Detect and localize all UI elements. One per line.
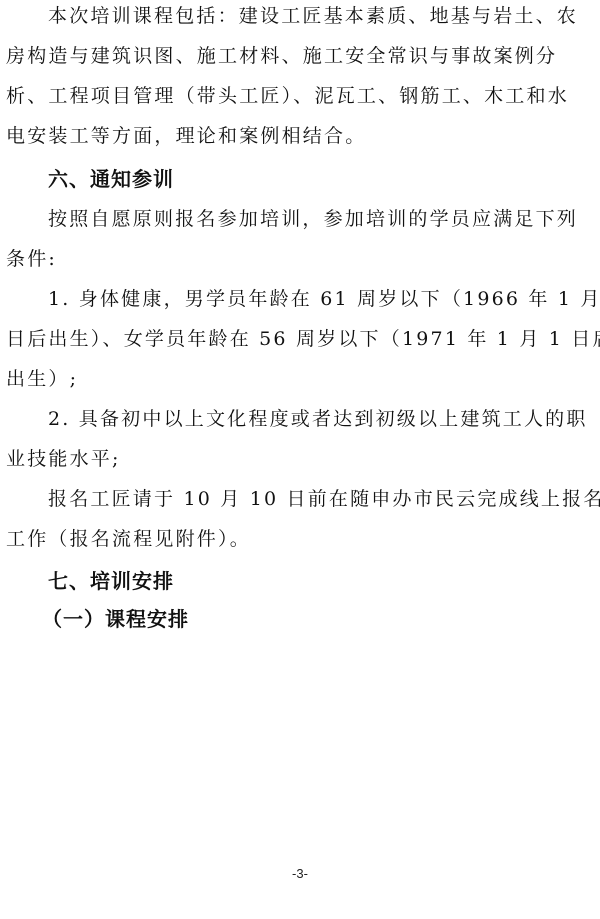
section-6-intro-line-2: 条件: [6, 244, 598, 274]
section-7-heading: 七、培训安排 [48, 566, 600, 596]
paragraph-courses-line-4: 电安装工等方面，理论和案例相结合。 [6, 121, 598, 151]
condition-1-line-2: 日后出生）、女学员年龄在 56 周岁以下（1971 年 1 月 1 日后 [6, 324, 598, 354]
condition-2-line-1: 2. 具备初中以上文化程度或者达到初级以上建筑工人的职 [48, 404, 600, 434]
paragraph-courses-line-2: 房构造与建筑识图、施工材料、施工安全常识与事故案例分 [6, 41, 598, 71]
condition-1-line-3: 出生）; [6, 364, 598, 394]
section-6-heading: 六、通知参训 [48, 164, 600, 194]
condition-2-line-2: 业技能水平; [6, 444, 598, 474]
registration-line-1: 报名工匠请于 10 月 10 日前在随申办市民云完成线上报名 [48, 484, 600, 514]
registration-line-2: 工作（报名流程见附件）。 [6, 524, 598, 554]
page-number: -3- [0, 866, 600, 881]
condition-1-line-1: 1. 身体健康，男学员年龄在 61 周岁以下（1966 年 1 月 1 [48, 284, 600, 314]
section-6-intro-line-1: 按照自愿原则报名参加培训，参加培训的学员应满足下列 [48, 204, 600, 234]
section-7-subheading-course-schedule: （一）课程安排 [42, 604, 600, 634]
paragraph-courses-line-3: 析、工程项目管理（带头工匠）、泥瓦工、钢筋工、木工和水 [6, 81, 598, 111]
paragraph-courses-line-1: 本次培训课程包括：建设工匠基本素质、地基与岩土、农 [48, 1, 600, 31]
document-page: 本次培训课程包括：建设工匠基本素质、地基与岩土、农 房构造与建筑识图、施工材料、… [0, 0, 600, 919]
